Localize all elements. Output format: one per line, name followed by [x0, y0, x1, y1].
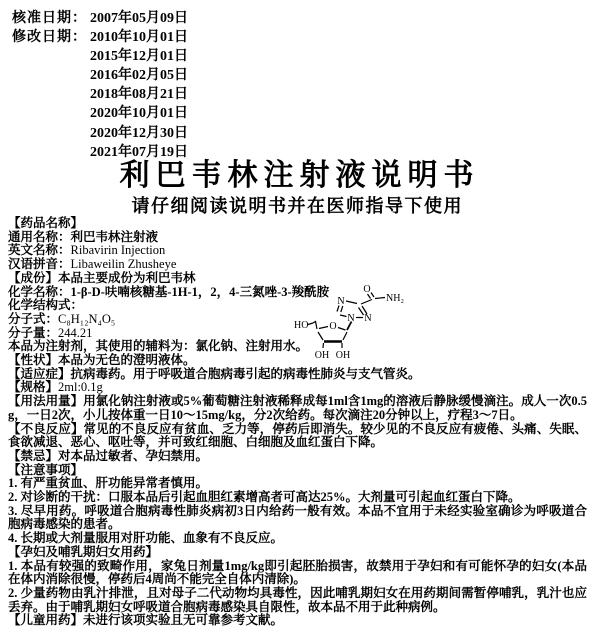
page-title: 利巴韦林注射液说明书 [0, 150, 593, 194]
section-label: 分子式： [8, 312, 58, 326]
approval-date-value: 2007年05月09日 [90, 9, 188, 28]
date-spacer [12, 66, 90, 85]
section-text: 用氯化钠注射液或5%葡萄糖注射液稀释成每1ml含1mg的溶液后静脉缓慢滴注。成人… [8, 394, 587, 422]
atom-o-carbonyl: O [363, 284, 370, 295]
section-label: 【规格】 [8, 380, 58, 394]
section-text: C₈H₁₂N₄O₅ [58, 312, 115, 326]
atom-nh2: NH₂ [386, 293, 404, 304]
atom-oh-right: OH [336, 350, 350, 361]
section-label: 【成份】 [8, 271, 58, 285]
section-text: 244.21 [58, 326, 92, 340]
section-label: 英文名称： [8, 243, 71, 257]
revision-date-value: 2020年12月30日 [90, 124, 188, 143]
section-label: 【性状】 [8, 353, 58, 367]
section-label: 【孕妇及哺乳期妇女用药】 [8, 545, 158, 559]
section-label: 化学结构式： [8, 298, 83, 312]
section-text: 利巴韦林注射液 [71, 230, 159, 244]
atom-n-top: N [337, 296, 344, 307]
section-text: 2. 少量药物由乳汁排泄，且对母子二代动物均具毒性，因此哺乳期妇女在用药期间需暂… [8, 586, 587, 614]
revision-date-value: 2018年08月21日 [90, 85, 188, 104]
leaflet-line-pregnancy-item: 2. 少量药物由乳汁排泄，且对母子二代动物均具毒性，因此哺乳期妇女在用药期间需暂… [8, 587, 587, 614]
atom-n-bottom: N [347, 313, 354, 324]
atom-oh-left: OH [315, 350, 329, 361]
chemical-structure-diagram: O NH₂ N N N HO O OH OH [289, 283, 461, 365]
revision-date-row: 2016年02月05日 [12, 66, 188, 85]
leaflet-line-drug-name-header: 【药品名称】 [8, 217, 587, 231]
revision-date-row: 2018年08月21日 [12, 85, 188, 104]
section-text: 1. 本品有较强的致畸作用，家兔日剂量1mg/kg即引起胚胎损害，故禁用于孕妇和… [8, 559, 587, 587]
leaflet-line-pediatric-use: 【儿童用药】未进行该项实验且无可靠参考文献。 [8, 614, 587, 628]
section-text: 常见的不良反应有贫血、乏力等，停药后即消失。较少见的不良反应有疲倦、头痛、失眠、… [8, 422, 587, 450]
revision-date-value: 2020年10月01日 [90, 104, 188, 123]
leaflet-line-dosage: 【用法用量】用氯化钠注射液或5%葡萄糖注射液稀释成每1ml含1mg的溶液后静脉缓… [8, 395, 587, 422]
leaflet-line-pregnancy-item: 1. 本品有较强的致畸作用，家兔日剂量1mg/kg即引起胚胎损害，故禁用于孕妇和… [8, 560, 587, 587]
section-label: 【儿童用药】 [8, 613, 83, 627]
approval-date-label: 核准日期： [12, 9, 90, 28]
section-label: 分子量： [8, 326, 58, 340]
atom-n-right: N [364, 313, 371, 324]
section-text: 2. 对诊断的干扰：口服本品后引起血胆红素增高者可高达25%。大剂量可引起血红蛋… [8, 490, 521, 504]
revision-date-label: 修改日期： [12, 28, 90, 47]
leaflet-line-precaution-item: 2. 对诊断的干扰：口服本品后引起血胆红素增高者可高达25%。大剂量可引起血红蛋… [8, 491, 587, 505]
section-text: Libaweilin Zhusheye [71, 257, 177, 271]
section-text: 未进行该项实验且无可靠参考文献。 [83, 613, 283, 627]
date-spacer [12, 124, 90, 143]
section-text: 1. 有严重贫血、肝功能异常者慎用。 [8, 476, 208, 490]
section-label: 【不良反应】 [8, 422, 84, 436]
revision-date-value: 2015年12月01日 [90, 47, 188, 66]
atom-o-ring: O [329, 321, 336, 332]
revision-date-row: 2020年12月30日 [12, 124, 188, 143]
atom-ho: HO [294, 320, 308, 331]
date-spacer [12, 85, 90, 104]
section-label: 汉语拼音： [8, 257, 71, 271]
section-text: 4. 长期或大剂量服用对肝功能、血象有不良反应。 [8, 531, 283, 545]
approval-date-row: 核准日期： 2007年05月09日 [12, 9, 188, 28]
revision-date-row: 修改日期： 2010年10月01日 [12, 28, 188, 47]
page-subtitle: 请仔细阅读说明书并在医师指导下使用 [0, 192, 593, 218]
section-label: 【用法用量】 [8, 394, 83, 408]
date-block: 核准日期： 2007年05月09日 修改日期： 2010年10月01日 2015… [12, 9, 188, 162]
leaflet-line-pregnancy-header: 【孕妇及哺乳期妇女用药】 [8, 546, 587, 560]
section-text: 本品主要成份为利巴韦林 [58, 271, 196, 285]
section-text: 3. 尽早用药。呼吸道合胞病毒性肺炎病初3日内给药一般有效。本品不宜用于未经实验… [8, 504, 587, 532]
leaflet-line-precaution-item: 3. 尽早用药。呼吸道合胞病毒性肺炎病初3日内给药一般有效。本品不宜用于未经实验… [8, 505, 587, 532]
section-label: 【禁忌】 [8, 449, 58, 463]
leaflet-line-pinyin-name: 汉语拼音：Libaweilin Zhusheye [8, 258, 587, 272]
section-label: 通用名称： [8, 230, 71, 244]
leaflet-line-precaution-item: 4. 长期或大剂量服用对肝功能、血象有不良反应。 [8, 532, 587, 546]
date-spacer [12, 104, 90, 123]
section-label: 【适应症】 [8, 367, 71, 381]
leaflet-line-contraindications: 【禁忌】对本品过敏者、孕妇禁用。 [8, 450, 587, 464]
section-label: 【注意事项】 [8, 463, 83, 477]
section-text: 抗病毒药。用于呼吸道合胞病毒引起的病毒性肺炎与支气管炎。 [71, 367, 421, 381]
leaflet-body: 【药品名称】 通用名称：利巴韦林注射液 英文名称：Ribavirin Injec… [8, 217, 587, 628]
section-text: 本品为注射剂，其使用的辅料为：氯化钠、注射用水。 [8, 339, 308, 353]
revision-date-value: 2016年02月05日 [90, 66, 188, 85]
atom-labels: O NH₂ N N N HO O OH OH [294, 284, 404, 361]
revision-date-row: 2020年10月01日 [12, 104, 188, 123]
leaflet-line-precaution-item: 1. 有严重贫血、肝功能异常者慎用。 [8, 477, 587, 491]
section-text: 2ml:0.1g [58, 380, 103, 394]
section-label: 【药品名称】 [8, 216, 83, 230]
drug-leaflet-page: 核准日期： 2007年05月09日 修改日期： 2010年10月01日 2015… [0, 0, 593, 629]
leaflet-line-adverse-reactions: 【不良反应】常见的不良反应有贫血、乏力等，停药后即消失。较少见的不良反应有疲倦、… [8, 423, 587, 450]
section-text: 对本品过敏者、孕妇禁用。 [58, 449, 208, 463]
date-spacer [12, 47, 90, 66]
revision-date-row: 2015年12月01日 [12, 47, 188, 66]
section-label: 化学名称： [8, 285, 71, 299]
section-text: 本品为无色的澄明液体。 [58, 353, 196, 367]
section-text: Ribavirin Injection [71, 243, 166, 257]
revision-date-value: 2010年10月01日 [90, 28, 188, 47]
